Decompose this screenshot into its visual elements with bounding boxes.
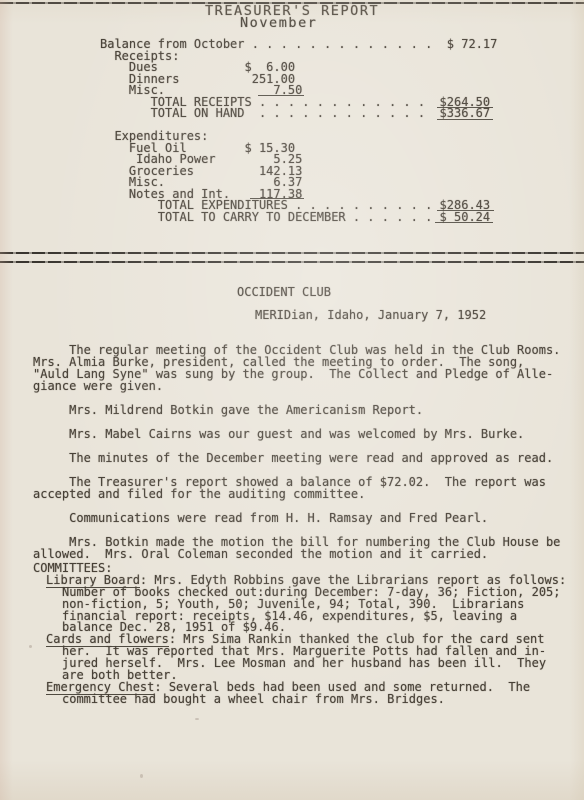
amount-underline	[437, 210, 494, 211]
amount-underline	[250, 198, 304, 199]
amount-underline	[437, 119, 493, 120]
minutes-body: The regular meeting of the Occident Club…	[33, 344, 560, 560]
body-line: allowed. Mrs. Oral Coleman seconded the …	[33, 548, 560, 560]
body-line: Mrs. Mildrend Botkin gave the Americanis…	[33, 404, 560, 416]
treasurer-report-subtitle: November	[240, 15, 317, 31]
treasurer-report-table: Balance from October . . . . . . . . . .…	[100, 39, 497, 223]
dateline: MERIDian, Idaho, January 7, 1952	[255, 308, 486, 322]
scan-speck	[140, 774, 143, 778]
body-line: accepted and filed for the auditing comm…	[33, 488, 560, 500]
amount-underline	[435, 222, 493, 223]
committee-line: committee had bought a wheel chair from …	[33, 694, 566, 706]
body-line: Mrs. Mabel Cairns was our guest and was …	[33, 428, 560, 440]
scanned-minutes-page: TREASURER'S REPORT November Balance from…	[0, 0, 584, 800]
body-line: Communications were read from H. H. Rams…	[33, 512, 560, 524]
scan-speck	[29, 645, 32, 648]
body-line: The minutes of the December meeting were…	[33, 452, 560, 464]
amount-underline	[258, 95, 304, 96]
committees-section: COMMITTEES: Library Board: Mrs. Edyth Ro…	[33, 563, 566, 706]
club-name-heading: OCCIDENT CLUB	[237, 285, 331, 299]
amount-underline	[437, 107, 493, 108]
scan-speck	[195, 718, 199, 720]
section-divider-rule	[0, 252, 584, 254]
section-divider-rule	[0, 261, 584, 263]
body-line: giance were given.	[33, 380, 560, 392]
